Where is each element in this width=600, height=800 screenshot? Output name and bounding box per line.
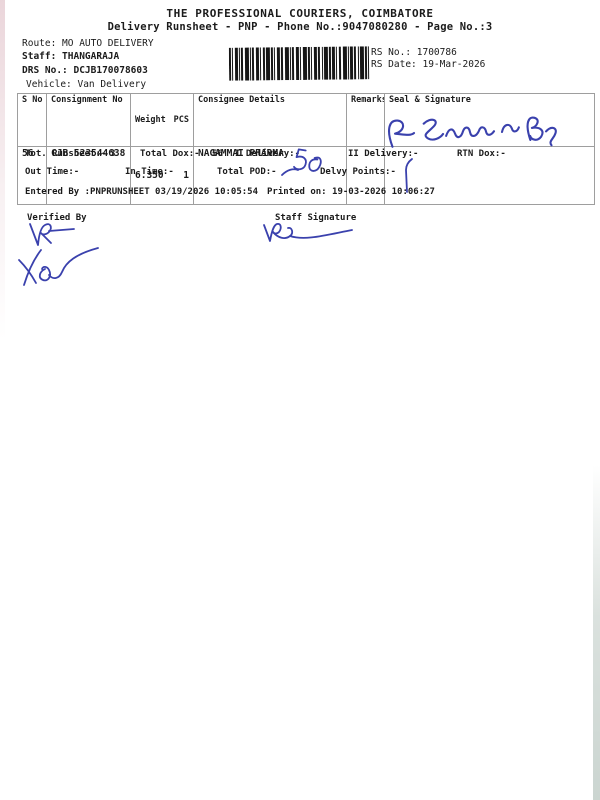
total-pod-label: Total POD:- <box>217 167 277 177</box>
header-consignee-details: Consignee Details <box>194 94 347 147</box>
total-dox-value: 56 <box>212 149 223 159</box>
scan-edge-artifact-left <box>0 0 5 340</box>
verified-by-signature-2 <box>16 245 100 289</box>
in-time-label: In Time:- <box>125 167 174 177</box>
rs-date-line: RS Date: 19-Mar-2026 <box>371 59 485 70</box>
entered-by-line: Entered By :PNPRUNSHEET 03/19/2026 10:05… <box>25 187 258 197</box>
rs-number-line: RS No.: 1700786 <box>371 47 457 58</box>
header-pcs: PCS <box>174 115 189 125</box>
delivery-runsheet-document: THE PROFESSIONAL COURIERS, COIMBATORE De… <box>0 0 600 800</box>
tot-runsheet-label: Tot. Runsheet:- <box>25 149 106 159</box>
staff-line: Staff: THANGARAJA <box>22 51 119 62</box>
staff-signature <box>260 221 356 247</box>
company-title: THE PROFESSIONAL COURIERS, COIMBATORE <box>0 7 600 20</box>
delvy-points-label: Delvy Points:- <box>320 167 396 177</box>
total-dox-label: Total Dox:- <box>140 149 200 159</box>
rtn-dox-label: RTN Dox:- <box>457 149 506 159</box>
printed-on-line: Printed on: 19-03-2026 10:06:27 <box>267 187 435 197</box>
header-weight: Weight <box>135 115 166 125</box>
route-line: Route: MO AUTO DELIVERY <box>22 38 154 49</box>
runsheet-barcode <box>229 46 370 80</box>
vehicle-line: Vehicle: Van Delivery <box>26 79 146 90</box>
header-s-no: S No <box>18 94 47 147</box>
header-weight-pcs: WeightPCS <box>131 94 194 147</box>
document-title: Delivery Runsheet - PNP - Phone No.:9047… <box>0 21 600 33</box>
header-consignment-no: Consignment No <box>47 94 131 147</box>
tot-runsheet-value: 3 <box>110 149 115 159</box>
total-pod-handwritten-mark <box>281 166 299 177</box>
cell-pcs: 1 <box>183 170 189 181</box>
drs-number-line: DRS No.: DCJB170078603 <box>22 65 148 76</box>
i-delivery-label: I Delivery:- <box>235 149 300 159</box>
out-time-label: Out Time:- <box>25 167 79 177</box>
scan-edge-artifact-right <box>593 465 600 800</box>
header-remarks: Remarks <box>347 94 385 147</box>
